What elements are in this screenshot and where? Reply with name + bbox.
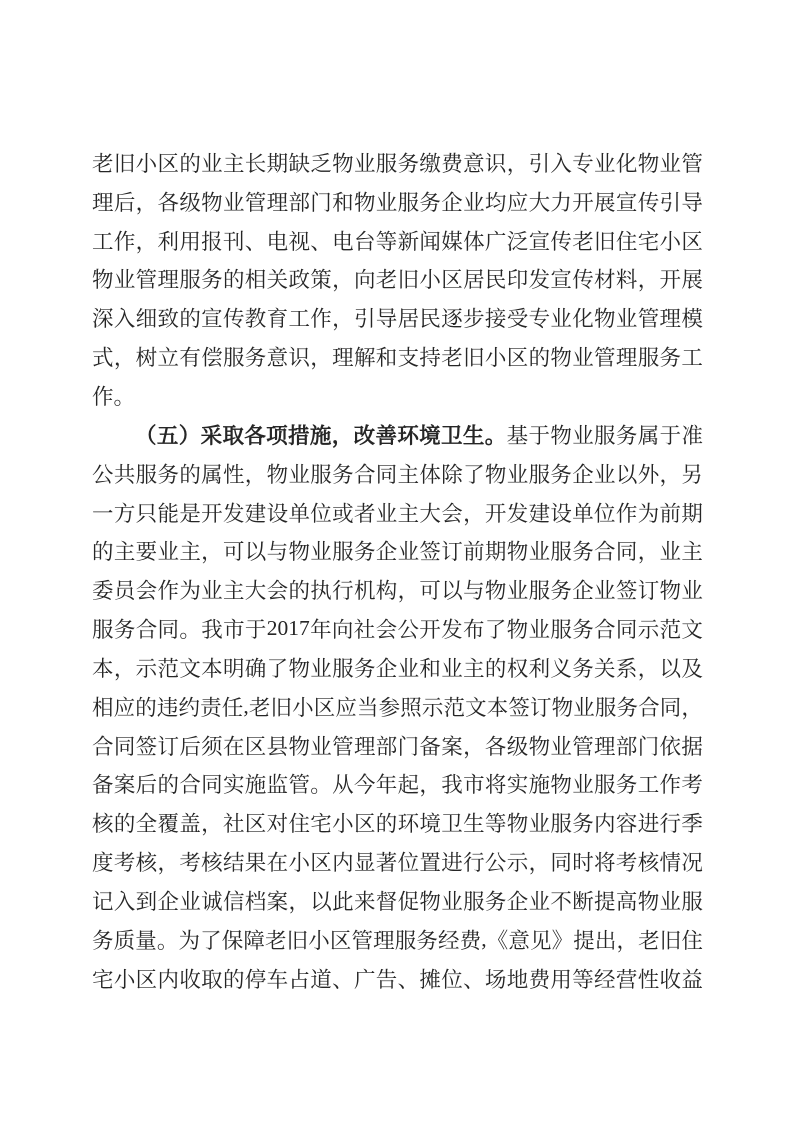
text-run: 利 <box>157 225 179 256</box>
text-run: 业 <box>660 147 682 178</box>
text-run: 长 <box>245 147 267 178</box>
text-run: 服 <box>594 419 616 450</box>
text-run: 企 <box>157 885 179 916</box>
text-run: 订 <box>441 535 463 566</box>
text-run: 属 <box>638 419 660 450</box>
text-run: 旧 <box>594 225 616 256</box>
text-run: 合 <box>92 730 114 761</box>
text-run: 位 <box>398 846 420 877</box>
text-run: 违 <box>157 691 179 722</box>
text-run: 除 <box>441 458 463 489</box>
text-run: 服 <box>179 263 201 294</box>
text-run: 物 <box>594 302 616 333</box>
text-line: 度考核，考核结果在小区内显著位置进行公示，同时将考核情况 <box>92 842 703 881</box>
text-run: 物 <box>201 186 223 217</box>
text-run: 主 <box>398 458 420 489</box>
text-run: 物 <box>638 885 660 916</box>
text-run: 实 <box>507 768 529 799</box>
text-run: 及 <box>681 652 703 683</box>
text-run: 可 <box>419 574 441 605</box>
text-line: 相应的违约责任,老旧小区应当参照示范文本签订物业服务合同， <box>92 687 703 726</box>
text-run: 识 <box>485 147 507 178</box>
text-run: 。 <box>179 613 201 644</box>
text-run: 照 <box>400 691 422 722</box>
text-run: 主 <box>223 147 245 178</box>
text-run: 缺 <box>288 147 310 178</box>
text-run: 障 <box>243 924 265 955</box>
text-run: 卫 <box>441 419 463 450</box>
text-run: 区 <box>310 846 332 877</box>
text-run: 责 <box>200 691 222 722</box>
text-run: 管 <box>681 147 703 178</box>
text-run: 境 <box>419 419 441 450</box>
text-run: 民 <box>485 263 507 294</box>
text-run: 物 <box>660 574 682 605</box>
text-run: 业 <box>398 535 420 566</box>
text-run: 开 <box>419 613 441 644</box>
text-run: 务 <box>354 652 376 683</box>
text-run: 性 <box>223 458 245 489</box>
text-run: 明 <box>223 652 245 683</box>
text-run: 小 <box>288 846 310 877</box>
text-run: 到 <box>136 885 158 916</box>
text-run: 费 <box>460 924 482 955</box>
text-run: 依 <box>660 730 682 761</box>
text-run: 宅 <box>638 225 660 256</box>
text-run: 性 <box>638 963 660 994</box>
text-run: 来 <box>354 885 376 916</box>
text-run: 业 <box>201 574 223 605</box>
text-run: 理 <box>594 730 616 761</box>
text-run: 在 <box>267 846 289 877</box>
text-run: 单 <box>572 497 594 528</box>
text-run: 旧 <box>270 691 292 722</box>
text-run: 、 <box>245 225 267 256</box>
text-run: ， <box>310 341 332 372</box>
text-run: 引 <box>529 147 551 178</box>
text-line: 服务合同。我市于2017年向社会公开发布了物业服务合同示范文 <box>92 609 703 648</box>
text-run: 结 <box>223 846 245 877</box>
text-run: 施 <box>310 419 332 450</box>
text-run: 于 <box>528 419 550 450</box>
text-run: 老 <box>265 924 287 955</box>
text-run: 量 <box>135 924 157 955</box>
text-run: 发 <box>441 613 463 644</box>
text-run: 市 <box>223 613 245 644</box>
text-run: 于 <box>660 419 682 450</box>
text-run: 区 <box>245 807 267 838</box>
text-run: ， <box>463 730 485 761</box>
text-run: 旧 <box>114 147 136 178</box>
text-line: 本，示范文本明确了物业服务企业和业主的权利义务关系，以及 <box>92 648 703 687</box>
text-run: 会 <box>136 574 158 605</box>
text-run: 与 <box>463 574 485 605</box>
text-run: 以 <box>310 885 332 916</box>
text-run: ， <box>201 807 223 838</box>
text-run: 费 <box>529 963 551 994</box>
text-run: 合 <box>136 613 158 644</box>
text-run: 施 <box>529 768 551 799</box>
text-run: 要 <box>136 535 158 566</box>
text-run: 旧 <box>463 341 485 372</box>
text-run: 入 <box>550 147 572 178</box>
text-run: 文 <box>681 613 703 644</box>
text-run: 社 <box>354 613 376 644</box>
text-run: 细 <box>136 302 158 333</box>
text-run: 项 <box>266 419 288 450</box>
text-run: 发 <box>529 263 551 294</box>
text-run: 同 <box>376 458 398 489</box>
text-run: 业 <box>594 147 616 178</box>
text-run: 的 <box>92 535 114 566</box>
text-run: 业 <box>157 535 179 566</box>
text-run: 物 <box>92 263 114 294</box>
text-run: 摊 <box>419 963 441 994</box>
text-run: 确 <box>245 652 267 683</box>
text-run: 关 <box>267 263 289 294</box>
text-run: 相 <box>92 691 114 722</box>
text-run: 会 <box>376 613 398 644</box>
text-run: 业 <box>572 419 594 450</box>
text-line: 式，树立有偿服务意识，理解和支持老旧小区的物业管理服务工 <box>92 337 703 376</box>
text-run: 管 <box>332 730 354 761</box>
text-run: 区 <box>245 730 267 761</box>
text-run: 后 <box>136 768 158 799</box>
text-run: 服 <box>92 613 114 644</box>
text-run: 位 <box>594 497 616 528</box>
text-line: 老旧小区的业主长期缺乏物业服务缴费意识，引入专业化物业管 <box>92 143 703 182</box>
text-run: 业 <box>310 535 332 566</box>
text-run: 任 <box>222 691 244 722</box>
text-run: 工 <box>681 341 703 372</box>
text-run: 入 <box>114 302 136 333</box>
text-line: 备案后的合同实施监管。从今年起，我市将实施物业服务工作考 <box>92 765 703 804</box>
text-run: 著 <box>376 846 398 877</box>
text-run: ， <box>507 147 529 178</box>
text-run: 理 <box>92 186 114 217</box>
text-run: 只 <box>136 497 158 528</box>
text-run: 签 <box>508 691 530 722</box>
text-run: 的 <box>288 574 310 605</box>
text-run: 小 <box>136 147 158 178</box>
text-run: 展 <box>594 186 616 217</box>
text-line: 记入到企业诚信档案，以此来督促物业服务企业不断提高物业服 <box>92 881 703 920</box>
text-run: 识 <box>288 341 310 372</box>
text-run: 、 <box>310 225 332 256</box>
text-run: 》 <box>552 924 574 955</box>
text-run: 了 <box>485 613 507 644</box>
text-run: 《 <box>487 924 509 955</box>
text-run: 服 <box>550 613 572 644</box>
text-run: 服 <box>332 535 354 566</box>
text-run: 案 <box>114 768 136 799</box>
text-run: 期 <box>485 535 507 566</box>
text-run: 小 <box>660 225 682 256</box>
text-run: 小 <box>308 924 330 955</box>
text-run: 物 <box>267 458 289 489</box>
text-run: 理 <box>660 302 682 333</box>
text-run: 宅 <box>92 963 114 994</box>
text-run: 业 <box>507 458 529 489</box>
text-run: 为 <box>179 924 201 955</box>
text-run: ， <box>114 341 136 372</box>
text-run: 级 <box>179 186 201 217</box>
text-run: 料 <box>616 263 638 294</box>
text-run: 业 <box>529 535 551 566</box>
text-run: 内 <box>594 807 616 838</box>
text-run: 各 <box>485 730 507 761</box>
text-run: 利 <box>529 652 551 683</box>
text-run: 企 <box>376 652 398 683</box>
text-run: 车 <box>267 963 289 994</box>
text-run: 是 <box>179 497 201 528</box>
text-run: 订 <box>157 730 179 761</box>
text-run: 以 <box>245 535 267 566</box>
text-run: 义 <box>550 652 572 683</box>
text-line: 合同签订后须在区县物业管理部门备案，各级物业管理部门依据 <box>92 726 703 765</box>
text-run: 业 <box>550 730 572 761</box>
text-run: 物 <box>550 419 572 450</box>
text-run: 持 <box>419 341 441 372</box>
text-run: 专 <box>529 302 551 333</box>
text-run: 业 <box>550 302 572 333</box>
text-run: 务 <box>245 341 267 372</box>
text-run: 核 <box>92 807 114 838</box>
text-run: 境 <box>419 807 441 838</box>
text-run: 管 <box>245 186 267 217</box>
text-run: 意 <box>267 341 289 372</box>
text-run: 开 <box>572 186 594 217</box>
text-run: 断 <box>572 885 594 916</box>
text-run: 媒 <box>441 225 463 256</box>
text-run: 时 <box>572 846 594 877</box>
text-run: 传 <box>638 186 660 217</box>
text-run: 服 <box>398 186 420 217</box>
text-run: 乏 <box>310 147 332 178</box>
text-run: 务 <box>157 458 179 489</box>
text-run: 督 <box>376 885 398 916</box>
text-run: 生 <box>463 807 485 838</box>
text-run: 业 <box>660 535 682 566</box>
text-run: ， <box>660 458 682 489</box>
text-run: 高 <box>616 885 638 916</box>
text-run: 的 <box>529 341 551 372</box>
text-run: 应 <box>335 691 357 722</box>
text-run: 年 <box>376 768 398 799</box>
text-run: 同 <box>616 613 638 644</box>
text-run: 务 <box>572 652 594 683</box>
text-run: 区 <box>354 807 376 838</box>
text-run: 务 <box>201 263 223 294</box>
text-run: 小 <box>332 807 354 838</box>
text-run: 季 <box>681 807 703 838</box>
text-run: 导 <box>681 186 703 217</box>
text-run: 引 <box>660 186 682 217</box>
text-run: 业 <box>310 652 332 683</box>
text-run: 作 <box>114 225 136 256</box>
text-run: 信 <box>223 885 245 916</box>
text-run: 或 <box>332 497 354 528</box>
text-run: 全 <box>136 807 158 838</box>
text-line: 理后，各级物业管理部门和物业服务企业均应大力开展宣传引导 <box>92 182 703 221</box>
text-run: 管 <box>572 730 594 761</box>
text-run: 核 <box>638 846 660 877</box>
text-run: 服 <box>594 768 616 799</box>
text-run: 考 <box>616 846 638 877</box>
text-run: 理 <box>354 730 376 761</box>
text-run: 县 <box>267 730 289 761</box>
text-run: 行 <box>660 807 682 838</box>
text-run: 育 <box>267 302 289 333</box>
text-run: 主 <box>114 535 136 566</box>
text-run: 五 <box>157 419 179 450</box>
text-run: 各 <box>244 419 266 450</box>
text-run: 刊 <box>223 225 245 256</box>
text-run: 我 <box>201 613 223 644</box>
text-run: 会 <box>267 574 289 605</box>
text-run: 须 <box>201 730 223 761</box>
text-run: 见 <box>530 924 552 955</box>
text-run: 务 <box>616 419 638 450</box>
text-run: 卫 <box>441 807 463 838</box>
text-run: 化 <box>616 147 638 178</box>
text-run: 。 <box>310 768 332 799</box>
text-run: 考 <box>114 846 136 877</box>
text-run: 区 <box>441 263 463 294</box>
text-run: 居 <box>398 302 420 333</box>
text-run: 管 <box>136 263 158 294</box>
text-run: 监 <box>267 768 289 799</box>
text-run: 合 <box>594 535 616 566</box>
text-run: 合 <box>354 458 376 489</box>
text-run: 外 <box>638 458 660 489</box>
text-run: 权 <box>507 652 529 683</box>
text-run: 用 <box>550 963 572 994</box>
text-run: 意 <box>508 924 530 955</box>
text-run: 务 <box>572 613 594 644</box>
text-run: 大 <box>529 186 551 217</box>
text-run: 、 <box>463 963 485 994</box>
text-run: 当 <box>357 691 379 722</box>
text-run: 作 <box>310 302 332 333</box>
text-run: 服 <box>136 458 158 489</box>
text-run: 2017 <box>267 616 310 641</box>
text-run: 作 <box>616 497 638 528</box>
text-run: 环 <box>398 807 420 838</box>
text-run: 树 <box>136 341 158 372</box>
text-run: 将 <box>485 768 507 799</box>
text-run: 实 <box>223 768 245 799</box>
text-run: 开 <box>485 497 507 528</box>
text-run: 。 <box>114 380 136 411</box>
text-run: 业 <box>529 885 551 916</box>
text-run: 服 <box>463 885 485 916</box>
text-run: 案 <box>441 730 463 761</box>
text-run: 和 <box>332 186 354 217</box>
text-run: ， <box>332 263 354 294</box>
text-run: 老 <box>92 147 114 178</box>
text-run: 力 <box>550 186 572 217</box>
text-run: 本 <box>201 652 223 683</box>
text-run: 理 <box>373 924 395 955</box>
text-run: 物 <box>419 885 441 916</box>
text-run: 工 <box>638 768 660 799</box>
text-run: 能 <box>157 497 179 528</box>
text-run: 企 <box>572 458 594 489</box>
text-line: 公共服务的属性，物业服务合同主体除了物业服务企业以外，另 <box>92 454 703 493</box>
text-run: 今 <box>354 768 376 799</box>
text-run: 模 <box>681 302 703 333</box>
text-run: 环 <box>397 419 419 450</box>
text-run: 建 <box>529 497 551 528</box>
text-run: 向 <box>332 613 354 644</box>
text-run: 了 <box>267 652 289 683</box>
text-run: 报 <box>201 225 223 256</box>
text-run: 档 <box>245 885 267 916</box>
text-run: 旧 <box>398 263 420 294</box>
text-run: 约 <box>179 691 201 722</box>
text-run: 务 <box>332 458 354 489</box>
text-run: 部 <box>376 730 398 761</box>
text-run: 管 <box>638 302 660 333</box>
text-run: 委 <box>92 574 114 605</box>
text-run: 部 <box>616 730 638 761</box>
text-run: 步 <box>463 302 485 333</box>
text-line: 物业管理服务的相关政策，向老旧小区居民印发宣传材料，开展 <box>92 260 703 299</box>
text-run: 措 <box>288 419 310 450</box>
text-run: 建 <box>245 497 267 528</box>
text-run: 业 <box>398 652 420 683</box>
text-run: 示 <box>422 691 444 722</box>
text-run: 物 <box>550 341 572 372</box>
text-line: 作。 <box>92 376 703 415</box>
text-run: ， <box>638 263 660 294</box>
text-run: 范 <box>443 691 465 722</box>
text-run: 道 <box>310 963 332 994</box>
text-run: 行 <box>463 846 485 877</box>
text-run: 小 <box>419 263 441 294</box>
text-run: 为 <box>638 497 660 528</box>
text-run: 旧 <box>287 924 309 955</box>
text-run: 业 <box>310 730 332 761</box>
text-run: ， <box>638 652 660 683</box>
text-run: 单 <box>288 497 310 528</box>
text-run: 部 <box>288 186 310 217</box>
text-run: 宅 <box>310 807 332 838</box>
text-run: 员 <box>114 574 136 605</box>
text-run: 广 <box>354 963 376 994</box>
text-run: ， <box>114 652 136 683</box>
text-run: 务 <box>616 768 638 799</box>
text-run: 营 <box>616 963 638 994</box>
text-run: 务 <box>550 458 572 489</box>
text-run: 服 <box>638 341 660 372</box>
text-run: 企 <box>441 186 463 217</box>
text-run: 了 <box>200 924 222 955</box>
text-run: 主 <box>179 535 201 566</box>
text-run: 进 <box>638 807 660 838</box>
text-run: 物 <box>507 807 529 838</box>
text-run: 属 <box>201 458 223 489</box>
text-run: 订 <box>530 691 552 722</box>
text-run: 合 <box>594 613 616 644</box>
text-run: 教 <box>245 302 267 333</box>
text-run: 机 <box>354 574 376 605</box>
text-run: ， <box>157 846 179 877</box>
text-run: 以 <box>616 458 638 489</box>
text-run: 等 <box>376 225 398 256</box>
text-run: 致 <box>157 302 179 333</box>
